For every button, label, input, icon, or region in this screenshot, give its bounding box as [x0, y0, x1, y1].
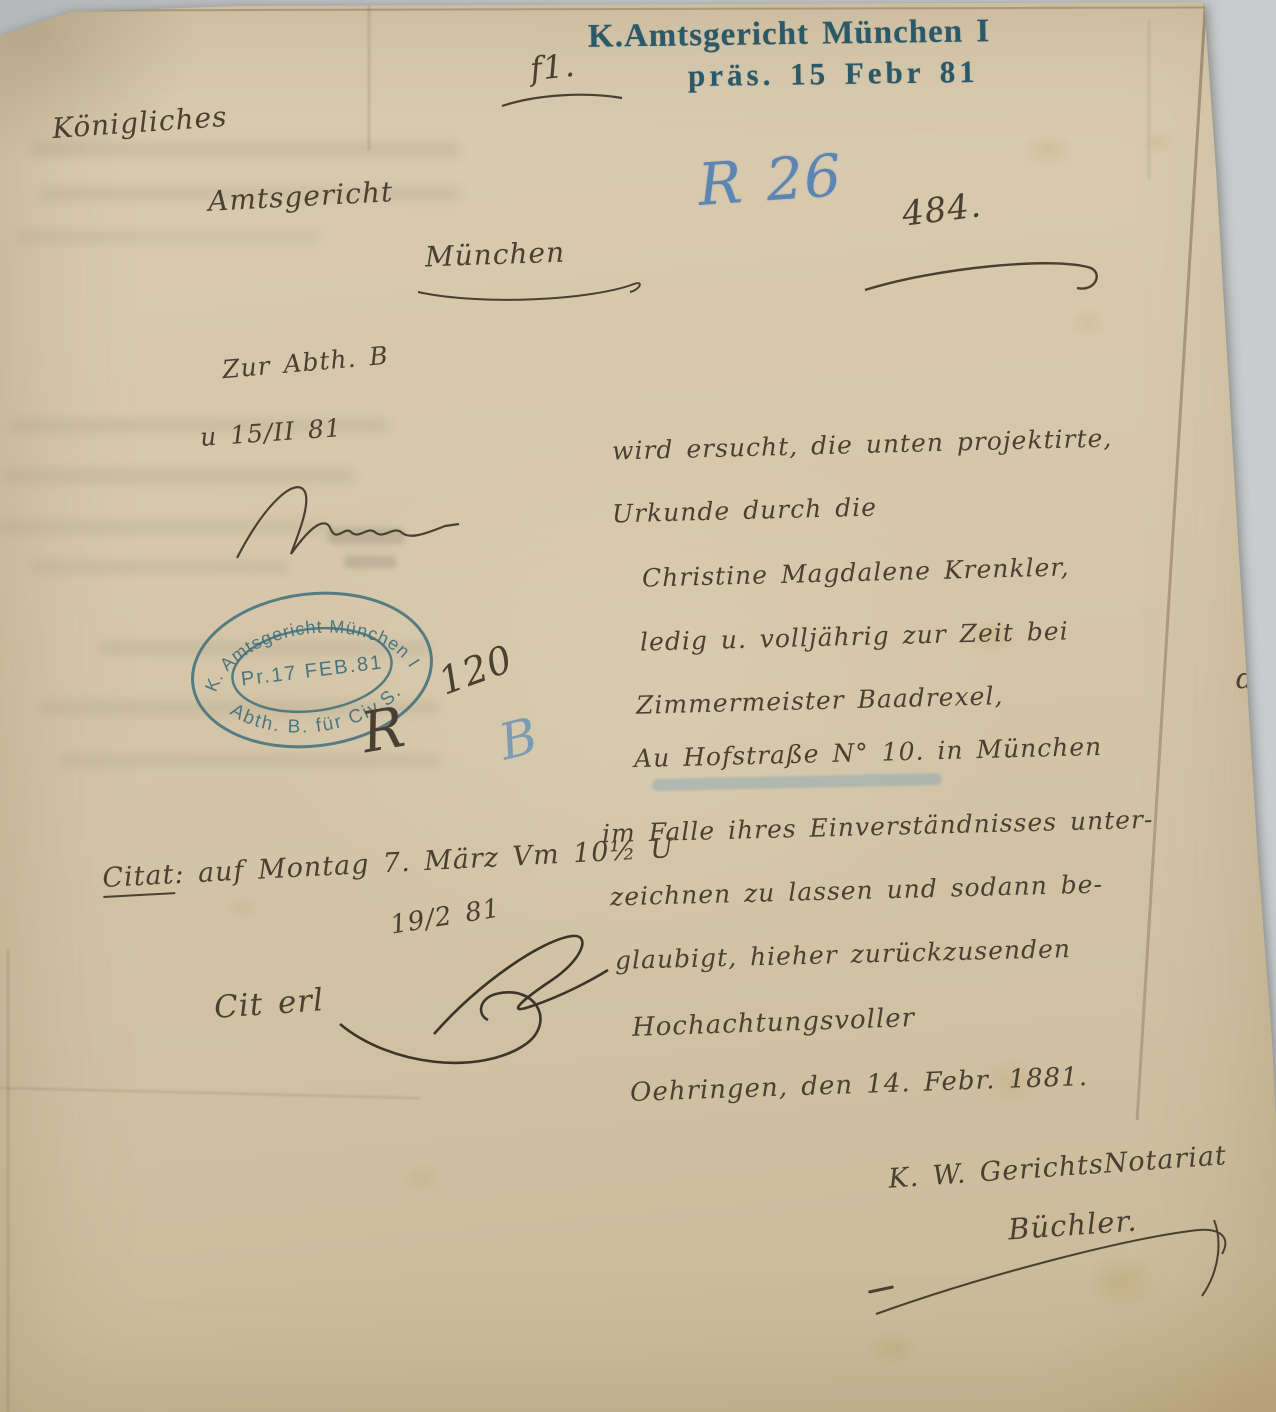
showthrough-streak [30, 142, 460, 156]
showthrough-streak [18, 232, 318, 242]
citation-label: Citat [102, 859, 176, 898]
letterhead-amtsgericht: Amtsgericht [207, 175, 394, 218]
header-stamp-line1: K.Amtsgericht München I [588, 13, 991, 56]
muenchen-underline-flourish [412, 272, 652, 312]
header-stamp-line2: präs. 15 Febr 81 [688, 54, 979, 94]
citation-rest: : auf Montag 7. März Vm 10½ U [174, 833, 675, 890]
oval-stamp-center-text: Pr.17 FEB.81 [240, 651, 385, 690]
body-line: Christine Magdalene Krenkler, [642, 552, 1070, 592]
signature-title: K. W. GerichtsNotariat [887, 1140, 1227, 1195]
signature-flourish [868, 1212, 1258, 1322]
paper-crease [1148, 20, 1150, 180]
body-line: Zimmermeister Baadrexel, [636, 681, 1004, 720]
blue-letter: B [494, 706, 545, 771]
oval-stamp: K. Amtsgericht München I Abth. B. für Ci… [172, 565, 452, 775]
citation-note-flourish [330, 960, 590, 1090]
margin-signature [225, 462, 465, 572]
body-line: wird ersucht, die unten projektirte, [612, 423, 1113, 465]
paper-edge [1136, 2, 1207, 1120]
registry-number: 120 [433, 636, 519, 703]
dateline: Oehringen, den 14. Febr. 1881. [630, 1062, 1089, 1108]
letterhead-koenigliches: Königliches [51, 100, 228, 145]
edge-mark: d [1236, 662, 1255, 695]
body-line: Urkunde durch die [612, 493, 878, 529]
margin-note-line1: Zur Abth. B [221, 341, 390, 384]
letterhead-muenchen: München [424, 236, 565, 274]
paper-edge [60, 6, 1210, 11]
body-line: ledig u. volljährig zur Zeit bei [640, 616, 1069, 656]
number-underline-flourish [855, 248, 1115, 303]
document-number: 484. [900, 185, 984, 234]
folio-underline-flourish [498, 82, 628, 112]
body-line: zeichnen zu lassen und sodann be- [610, 870, 1104, 912]
paper-sheet: K.Amtsgericht München I präs. 15 Febr 81… [0, 0, 1276, 1412]
document-photo: K.Amtsgericht München I präs. 15 Febr 81… [0, 0, 1276, 1412]
body-line: Au Hofstraße N° 10. in München [634, 732, 1103, 773]
citation-line: Citat: auf Montag 7. März Vm 10½ U [102, 833, 675, 894]
blue-pencil-highlight [652, 773, 942, 791]
body-line: glaubigt, hieher zurückzusenden [615, 934, 1072, 975]
blue-reference: R 26 [696, 141, 844, 219]
margin-note-line2: u 15/II 81 [199, 413, 342, 452]
closing-line: Hochachtungsvoller [632, 1003, 916, 1043]
paper-crease [7, 950, 9, 1412]
paper-crease [368, 0, 370, 150]
citation-note: Cit erl [213, 982, 325, 1026]
body-line: im Falle ihres Einverständnisses unter- [602, 805, 1154, 848]
